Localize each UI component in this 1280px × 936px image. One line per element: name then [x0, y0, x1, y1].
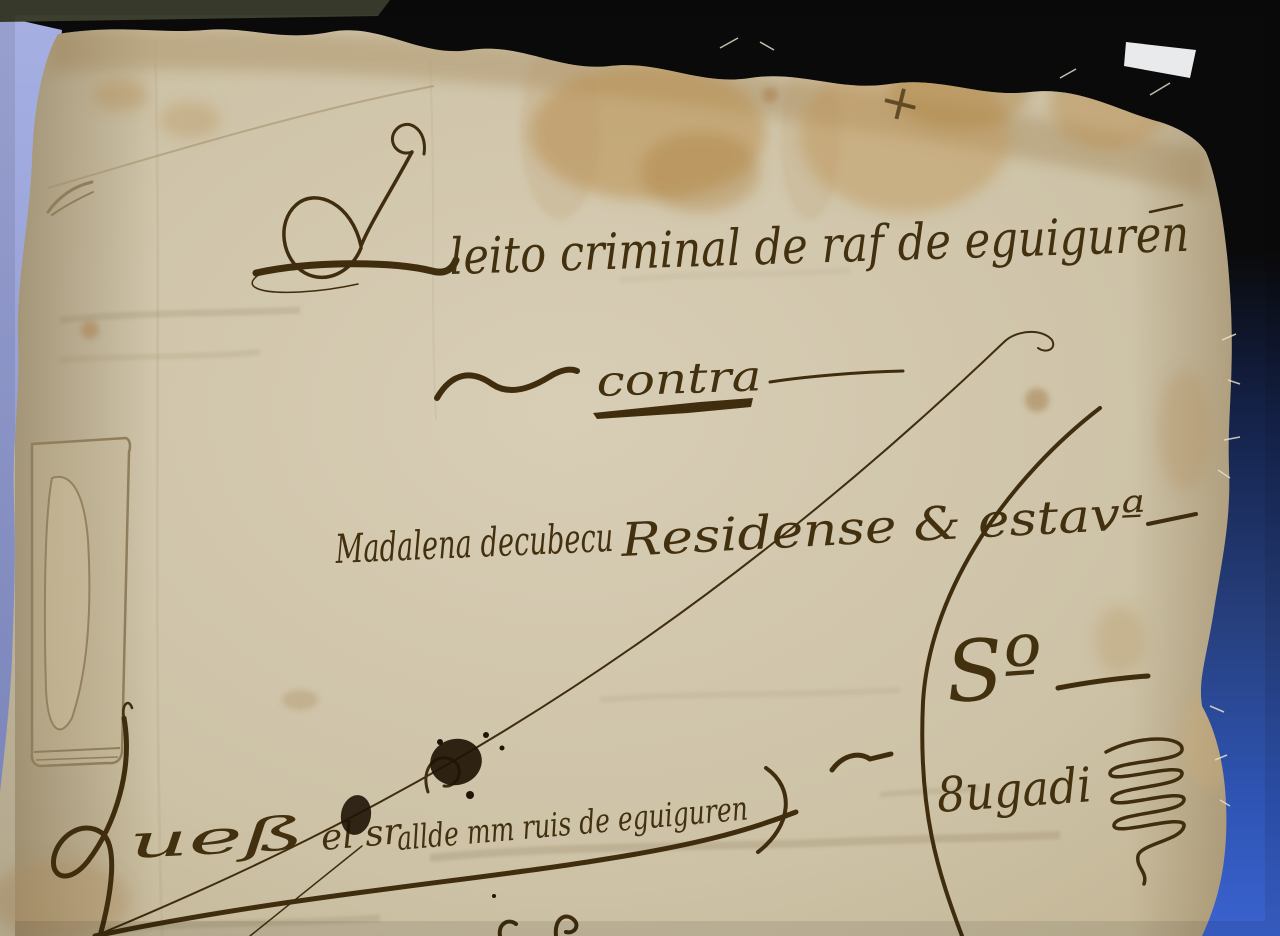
manuscript-scene: + leito criminal de raf de eguiguren con…: [0, 0, 1280, 936]
court-mark: 8ugadi: [935, 757, 1094, 824]
contra-label: contra: [596, 351, 763, 406]
notary-mark: Sº: [943, 617, 1047, 722]
judge-word: ueß: [128, 806, 306, 869]
manuscript-photo: + leito criminal de raf de eguiguren con…: [0, 0, 1280, 936]
